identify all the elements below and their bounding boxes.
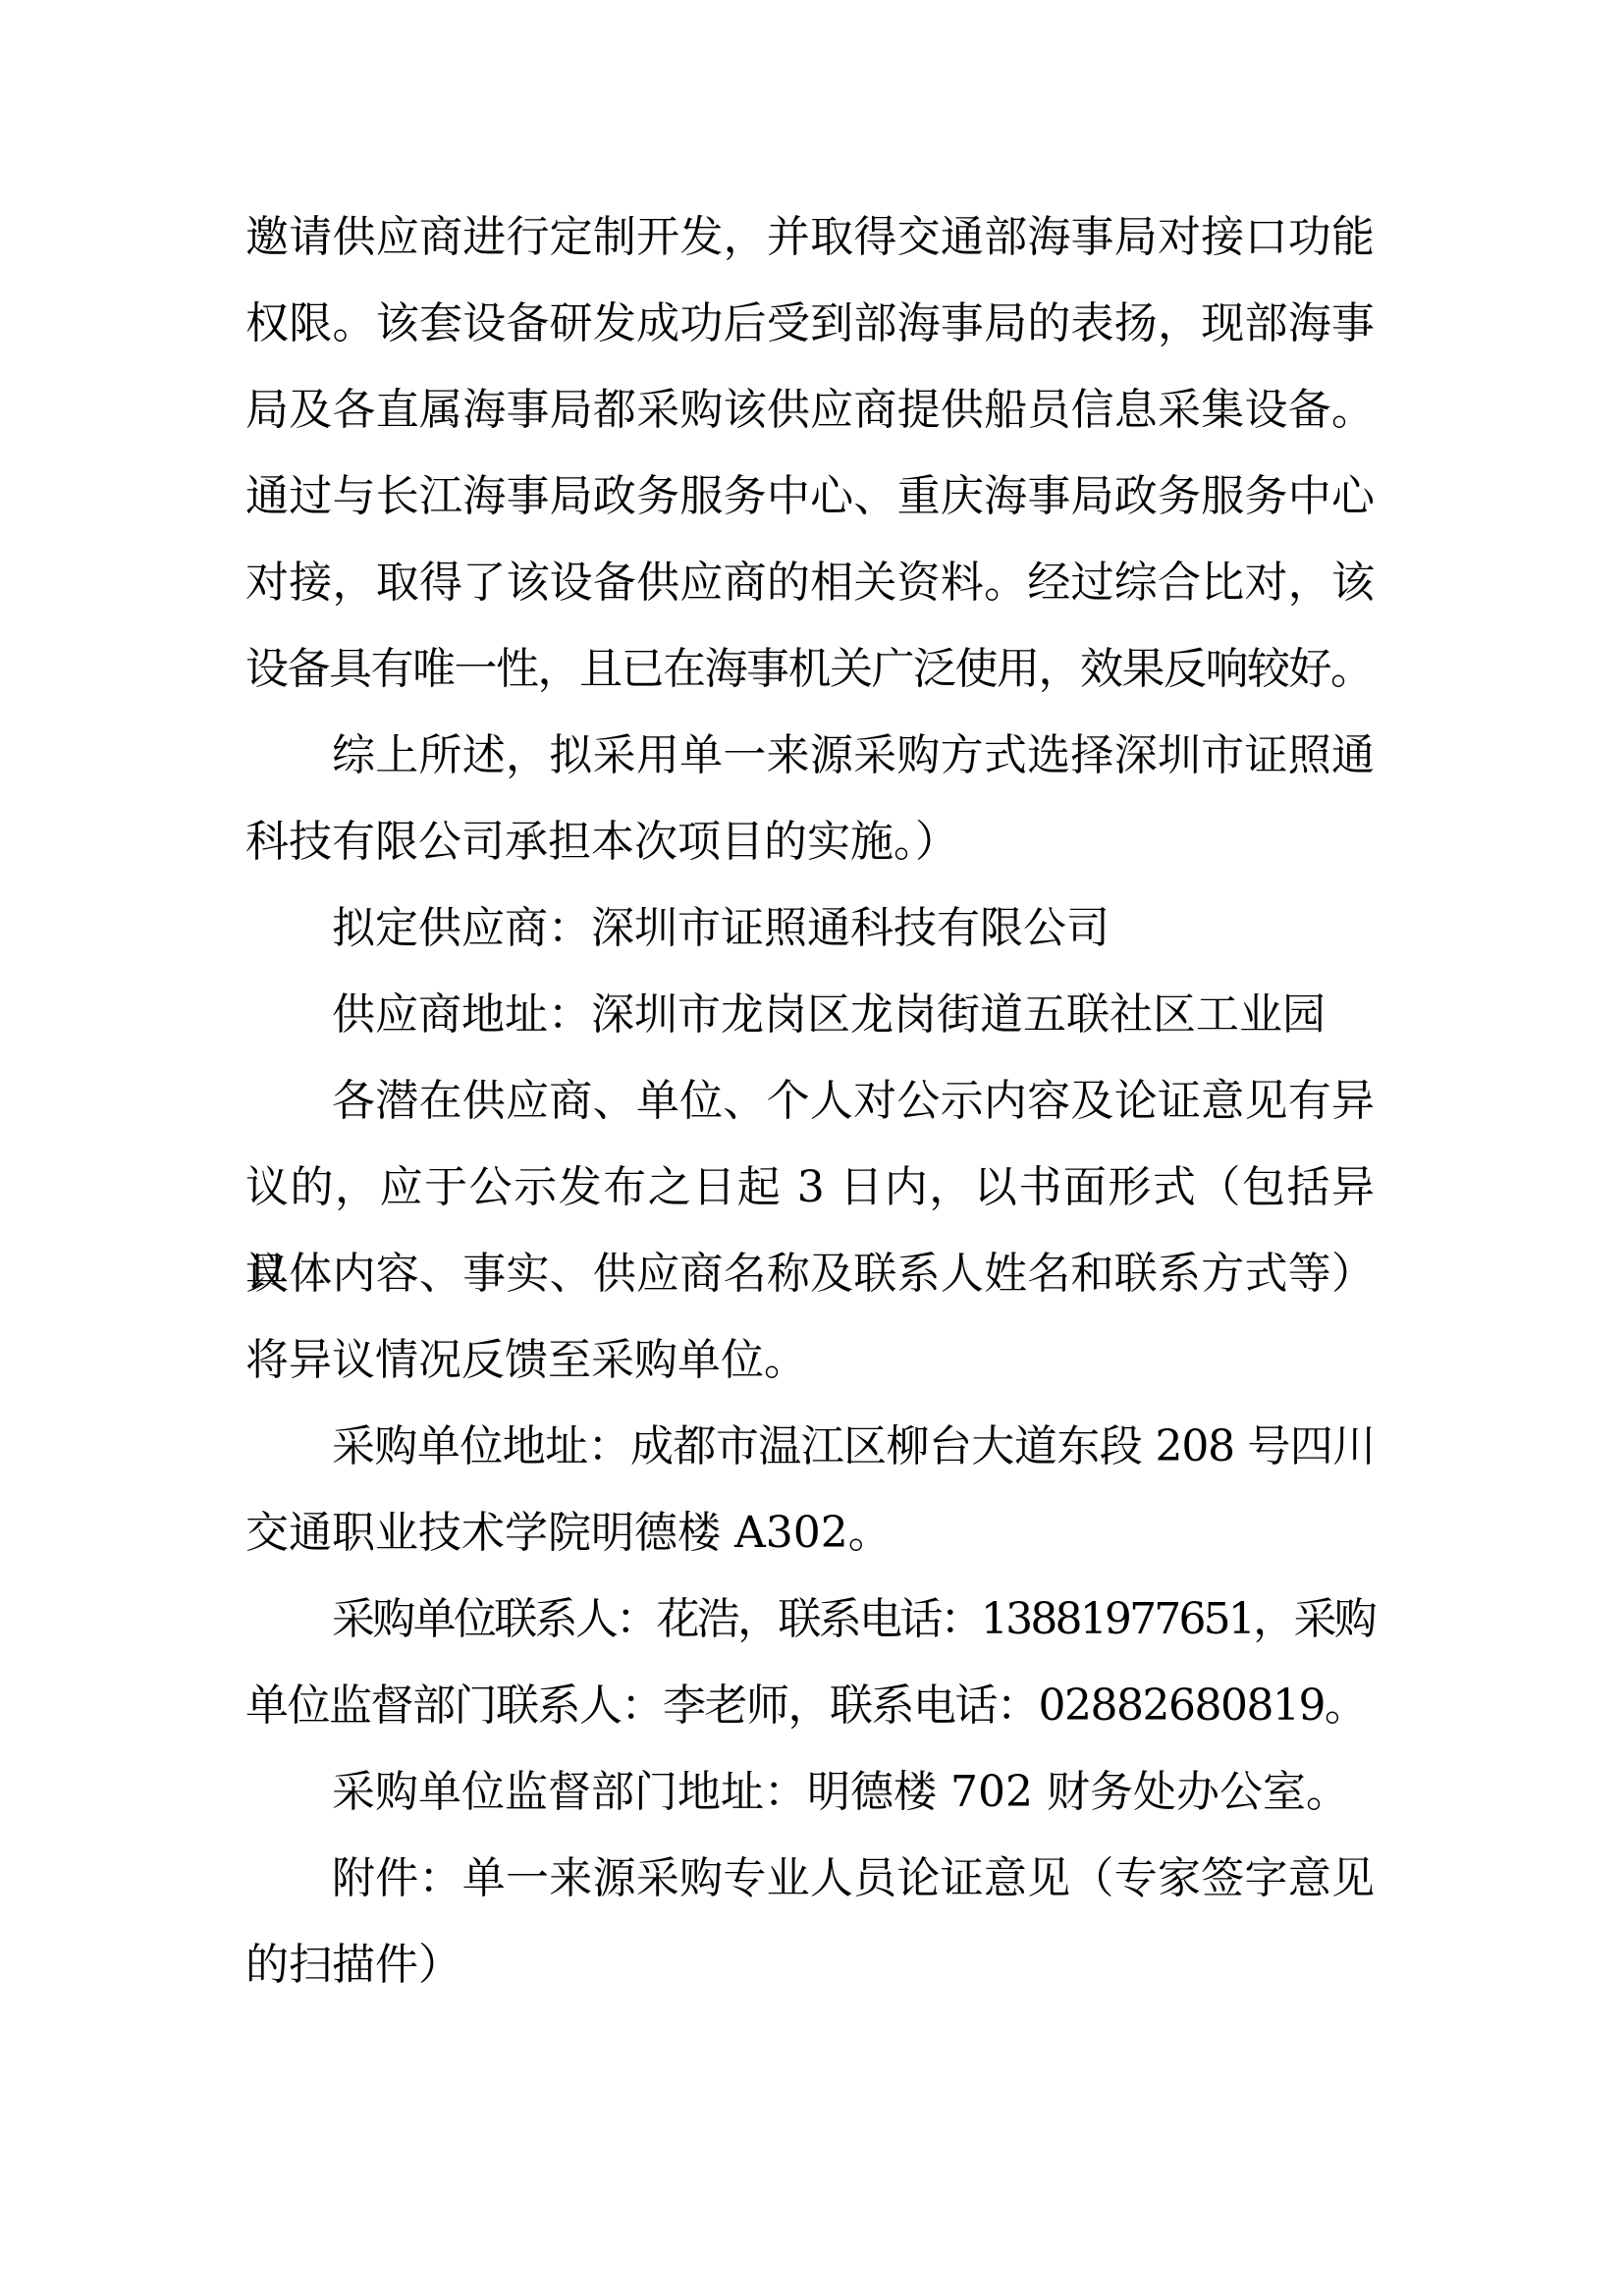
text-line: 拟定供应商：深圳市证照通科技有限公司: [245, 885, 1375, 972]
text-line: 供应商地址：深圳市龙岗区龙岗街道五联社区工业园: [245, 972, 1375, 1058]
text-line: 附件：单一来源采购专业人员论证意见（专家签字意见: [245, 1836, 1375, 1922]
text-line: 综上所述，拟采用单一来源采购方式选择深圳市证照通: [245, 713, 1375, 799]
text-line: 采购单位地址：成都市温江区柳台大道东段 208 号四川: [245, 1404, 1375, 1490]
text-line: 各潜在供应商、单位、个人对公示内容及论证意见有异: [245, 1058, 1375, 1145]
text-line: 的扫描件）: [245, 1922, 1375, 2008]
document-page: 邀请供应商进行定制开发，并取得交通部海事局对接口功能权限。该套设备研发成功后受到…: [0, 0, 1624, 2296]
text-line: 具体内容、事实、供应商名称及联系人姓名和联系方式等）: [245, 1231, 1375, 1317]
text-line: 对接，取得了该设备供应商的相关资料。经过综合比对，该: [245, 540, 1375, 626]
text-line: 设备具有唯一性，且已在海事机关广泛使用，效果反响较好。: [245, 626, 1375, 713]
document-text-block: 邀请供应商进行定制开发，并取得交通部海事局对接口功能权限。该套设备研发成功后受到…: [245, 194, 1375, 2008]
text-line: 将异议情况反馈至采购单位。: [245, 1317, 1375, 1404]
text-line: 通过与长江海事局政务服务中心、重庆海事局政务服务中心: [245, 454, 1375, 540]
text-line: 单位监督部门联系人：李老师，联系电话：02882680819。: [245, 1663, 1375, 1749]
text-line: 议的，应于公示发布之日起 3 日内，以书面形式（包括异议: [245, 1145, 1375, 1231]
text-line: 交通职业技术学院明德楼 A302。: [245, 1490, 1375, 1576]
text-line: 采购单位监督部门地址：明德楼 702 财务处办公室。: [245, 1749, 1375, 1836]
text-line: 采购单位联系人：花浩，联系电话：13881977651，采购: [245, 1576, 1375, 1663]
text-line: 邀请供应商进行定制开发，并取得交通部海事局对接口功能: [245, 194, 1375, 281]
text-line: 科技有限公司承担本次项目的实施。）: [245, 799, 1375, 885]
text-line: 权限。该套设备研发成功后受到部海事局的表扬，现部海事: [245, 281, 1375, 367]
text-line: 局及各直属海事局都采购该供应商提供船员信息采集设备。: [245, 367, 1375, 454]
